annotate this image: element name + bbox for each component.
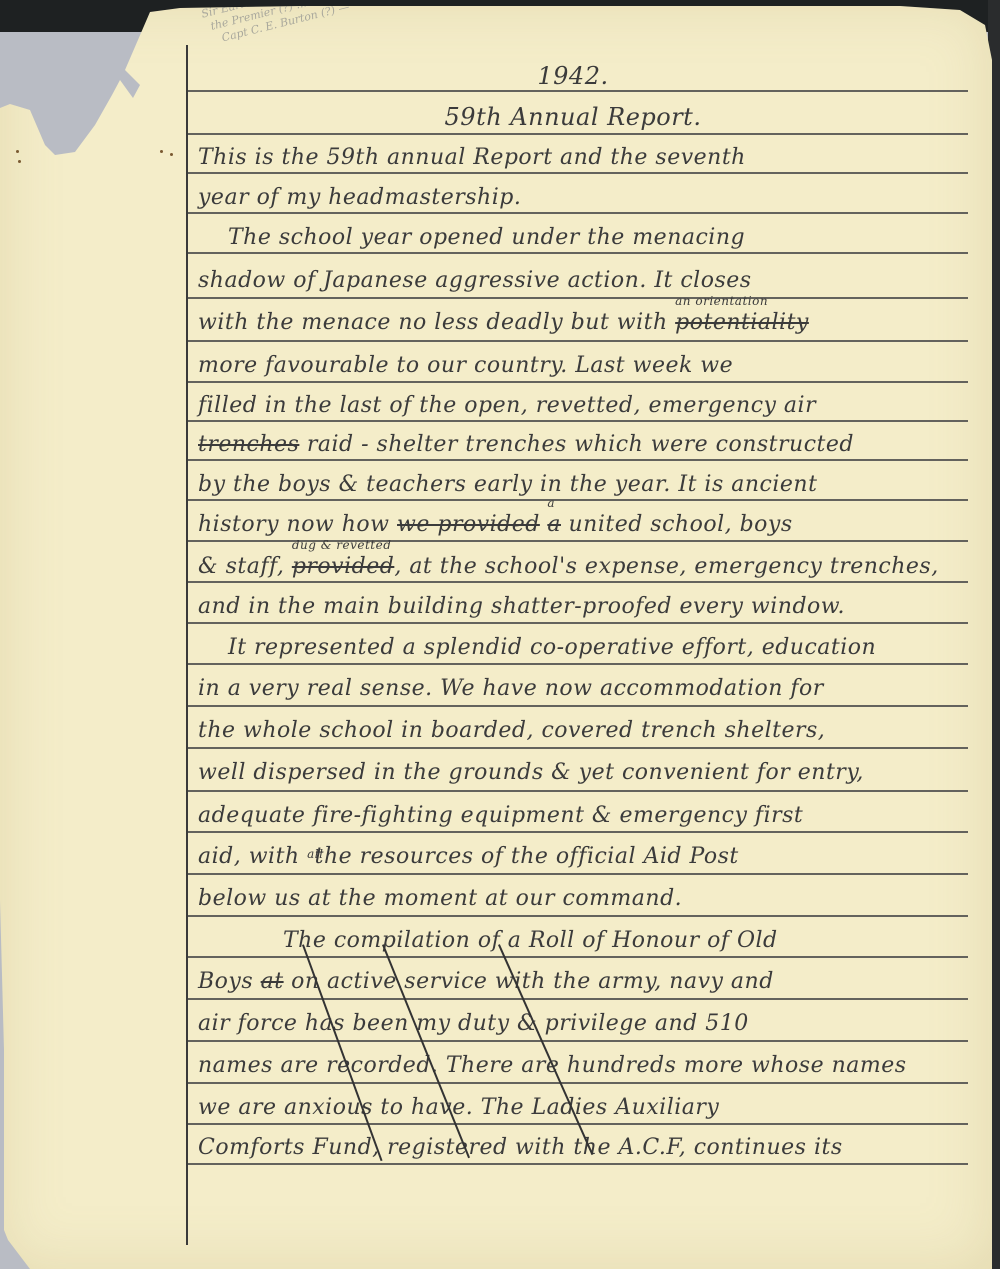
inserted-text: a — [547, 496, 555, 510]
ink-speck — [18, 160, 21, 163]
left-margin-rule — [186, 45, 188, 1245]
correction: an orientation potentiality — [675, 310, 809, 335]
text-line: aid, with all the resources of the offic… — [198, 844, 968, 869]
text-line: below us at the moment at our command. — [198, 886, 968, 911]
text-line: This is the 59th annual Report and the s… — [198, 145, 968, 170]
ruled-line — [188, 252, 968, 254]
text-line: It represented a splendid co-operative e… — [198, 635, 998, 660]
ruled-line — [188, 1163, 968, 1165]
text-line: The school year opened under the menacin… — [198, 225, 998, 250]
ruled-line — [188, 459, 968, 461]
text-line: trenches raid - shelter trenches which w… — [198, 432, 968, 457]
text-fragment: raid - shelter trenches which were const… — [307, 432, 854, 457]
struck-text: potentiality — [675, 310, 809, 335]
ruled-line — [188, 705, 968, 707]
ruled-line — [188, 998, 968, 1000]
text-line: shadow of Japanese aggressive action. It… — [198, 268, 968, 293]
ruled-line — [188, 873, 968, 875]
text-line: the whole school in boarded, covered tre… — [198, 718, 968, 743]
ink-speck — [16, 150, 19, 153]
ink-speck — [160, 150, 163, 153]
inserted-text: all — [307, 847, 323, 861]
text-line: & staff, dug & revetted provided , at th… — [198, 554, 968, 579]
text-line: history now how we provided a a united s… — [198, 512, 968, 537]
ink-speck — [170, 153, 173, 156]
text-line: by the boys & teachers early in the year… — [198, 472, 968, 497]
ruled-line — [188, 297, 968, 299]
ruled-line — [188, 581, 968, 583]
ruled-line — [188, 420, 968, 422]
text-fragment: Boys — [198, 969, 253, 994]
ruled-line — [188, 956, 968, 958]
struck-text: provided — [292, 554, 395, 579]
document-year: 1942. — [188, 62, 958, 90]
pencil-margin-note: Sir Earle Page (?) ... the Premier (?) .… — [200, 0, 404, 49]
inserted-text: an orientation — [675, 294, 768, 308]
ruled-line — [188, 340, 968, 342]
text-fragment: , at the school's expense, emergency tre… — [394, 554, 938, 579]
ruled-line — [188, 1040, 968, 1042]
ruled-line — [188, 212, 968, 214]
text-line: The compilation of a Roll of Honour of O… — [198, 928, 1000, 953]
ruled-line — [188, 90, 968, 92]
ruled-line — [188, 499, 968, 501]
ruled-line — [188, 831, 968, 833]
text-line: air force has been my duty & privilege a… — [198, 1011, 968, 1036]
text-line: in a very real sense. We have now accomm… — [198, 676, 968, 701]
document-title: 59th Annual Report. — [188, 103, 958, 131]
struck-text: a — [547, 512, 561, 537]
ruled-line — [188, 381, 968, 383]
correction: a a — [547, 512, 561, 537]
text-fragment: & staff, — [198, 554, 284, 579]
text-line: adequate fire-fighting equipment & emerg… — [198, 803, 968, 828]
text-line: filled in the last of the open, revetted… — [198, 393, 968, 418]
text-line: with the menace no less deadly but with … — [198, 310, 968, 335]
text-fragment: united school, boys — [568, 512, 792, 537]
struck-text: at — [261, 969, 284, 994]
ruled-line — [188, 1082, 968, 1084]
text-fragment: on active service with the army, navy an… — [291, 969, 774, 994]
ruled-line — [188, 790, 968, 792]
text-line: we are anxious to have. The Ladies Auxil… — [198, 1095, 968, 1120]
ruled-line — [188, 663, 968, 665]
text-line: Comforts Fund, registered with the A.C.F… — [198, 1135, 968, 1160]
ruled-line — [188, 622, 968, 624]
text-fragment: aid, with — [198, 844, 300, 869]
inserted-text: dug & revetted — [292, 538, 392, 552]
text-line: year of my headmastership. — [198, 185, 968, 210]
text-line: and in the main building shatter-proofed… — [198, 594, 968, 619]
struck-text: trenches — [198, 432, 299, 457]
text-line: names are recorded. There are hundreds m… — [198, 1053, 968, 1078]
ruled-line — [188, 915, 968, 917]
ruled-line — [188, 747, 968, 749]
text-line: well dispersed in the grounds & yet conv… — [198, 760, 968, 785]
text-fragment: history now how — [198, 512, 390, 537]
text-line: more favourable to our country. Last wee… — [198, 353, 968, 378]
manuscript-page: Sir Earle Page (?) ... the Premier (?) .… — [0, 0, 992, 1269]
text-fragment: the resources of the official Aid Post — [315, 844, 739, 869]
struck-text: we provided — [397, 512, 540, 537]
text-fragment: with the menace no less deadly but with — [198, 310, 668, 335]
ruled-line — [188, 172, 968, 174]
ruled-line — [188, 133, 968, 135]
correction: dug & revetted provided — [292, 554, 395, 579]
